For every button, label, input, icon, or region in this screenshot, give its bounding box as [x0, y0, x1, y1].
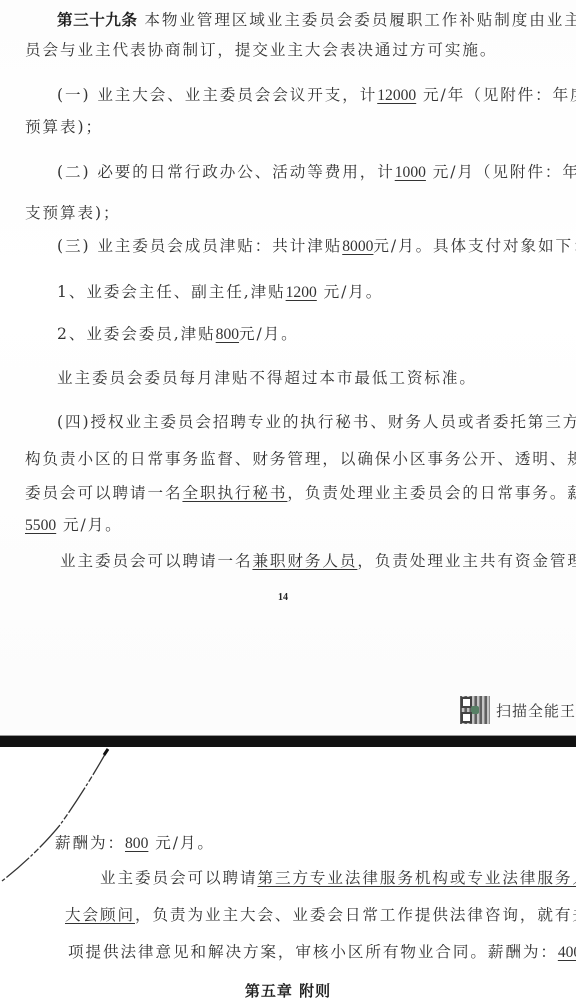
- sub-item-1-suffix: 元/月。: [317, 283, 384, 301]
- allowance-limit-note: 业主委员会委员每月津贴不得超过本市最低工资标准。: [57, 368, 477, 388]
- legal-salary-amount: 4000: [558, 944, 576, 961]
- salary-unit: 元/月。: [148, 834, 215, 852]
- secretary-salary-amount: 5500: [25, 517, 56, 534]
- legal-service-provider: 第三方专业法律服务机构或专业法律服务人士为业主: [257, 869, 576, 887]
- item-1-text: (一) 业主大会、业主委员会会议开支，计: [57, 86, 377, 104]
- sub-item-2-amount: 800: [216, 326, 239, 343]
- sub-item-1: 1、业委会主任、副主任,津贴1200 元/月。: [57, 282, 383, 303]
- salary-amount: 800: [125, 835, 148, 852]
- article-title: 第三十九条: [57, 10, 137, 29]
- legal-duties: ，负责为业主大会、业委会日常工作提供法律咨询，就有关物业管理事: [135, 906, 576, 924]
- item-3-amount: 8000: [342, 238, 373, 255]
- legal-duties-cont: 项提供法律意见和解决方案，审核小区所有物业合同。薪酬为：: [68, 943, 558, 961]
- legal-line-2: 大会顾问，负责为业主大会、业委会日常工作提供法律咨询，就有关物业管理事: [65, 905, 576, 925]
- item-1-amount: 12000: [377, 87, 416, 104]
- item-3-line: (三) 业主委员会成员津贴：共计津贴8000元/月。具体支付对象如下：: [57, 236, 576, 257]
- page-number: 14: [278, 592, 288, 603]
- item-4-line-4: 5500 元/月。: [25, 515, 123, 536]
- item-2-text: (二) 必要的日常行政办公、活动等费用，计: [57, 163, 395, 181]
- item-3-text: (三) 业主委员会成员津贴：共计津贴: [57, 237, 342, 255]
- part-time-finance-staff: 兼职财务人员: [252, 552, 357, 570]
- watermark-text: 扫描全能王: [496, 700, 576, 721]
- item-4-line-1: (四)授权业主委员会招聘专业的执行秘书、财务人员或者委托第三方财务机: [57, 412, 576, 432]
- finance-staff-text: 业主委员会可以聘请一名: [60, 552, 252, 570]
- item-4-text: 委员会可以聘请一名: [25, 484, 182, 502]
- sub-item-2-suffix: 元/月。: [239, 325, 299, 343]
- article-text: 本物业管理区域业主委员会委员履职工作补贴制度由业主委: [137, 11, 576, 29]
- legal-text: 业主委员会可以聘请: [100, 869, 257, 887]
- item-1-line-2: 预算表)；: [25, 117, 103, 137]
- item-4-line-2: 构负责小区的日常事务监督、财务管理，以确保小区事务公开、透明、规范业主: [25, 449, 576, 469]
- sub-item-1-amount: 1200: [286, 284, 317, 301]
- legal-line-1: 业主委员会可以聘请第三方专业法律服务机构或专业法律服务人士为业主: [100, 868, 576, 888]
- article-39-line-1: 第三十九条 本物业管理区域业主委员会委员履职工作补贴制度由业主委: [57, 10, 576, 30]
- item-2-amount: 1000: [395, 164, 426, 181]
- sub-item-2-text: 2、业委会委员,津贴: [57, 325, 216, 343]
- legal-line-3: 项提供法律意见和解决方案，审核小区所有物业合同。薪酬为：4000 元/月: [68, 942, 576, 963]
- pen-stroke-mark: [0, 747, 120, 887]
- chapter-heading: 第五章 附则: [0, 980, 576, 1001]
- qr-code-icon: [460, 696, 490, 724]
- scanner-watermark: 扫描全能王: [460, 695, 576, 725]
- secretary-salary-unit: 元/月。: [56, 516, 123, 534]
- salary-line: 薪酬为：800 元/月。: [55, 833, 215, 854]
- item-1-suffix: 元/年（见附件：年度收支: [416, 86, 576, 104]
- salary-label: 薪酬为：: [55, 834, 125, 852]
- document-page-top: 第三十九条 本物业管理区域业主委员会委员履职工作补贴制度由业主委 员会与业主代表…: [0, 0, 576, 736]
- sub-item-2: 2、业委会委员,津贴800元/月。: [57, 324, 299, 345]
- item-4-line-3: 委员会可以聘请一名全职执行秘书，负责处理业主委员会的日常事务。薪酬为：: [25, 483, 576, 503]
- finance-staff-line: 业主委员会可以聘请一名兼职财务人员，负责处理业主共有资金管理事务。: [60, 551, 576, 571]
- item-2-line-2: 支预算表)；: [25, 203, 120, 223]
- finance-staff-suffix: ，负责处理业主共有资金管理事务。: [357, 552, 576, 570]
- item-3-suffix: 元/月。具体支付对象如下：: [373, 237, 576, 255]
- article-39-line-2: 员会与业主代表协商制订，提交业主大会表决通过方可实施。: [25, 40, 497, 60]
- item-2-line-1: (二) 必要的日常行政办公、活动等费用，计1000 元/月（见附件：年度收: [57, 162, 576, 183]
- item-4-suffix: ，负责处理业主委员会的日常事务。薪酬为：: [287, 484, 576, 502]
- assembly-advisor: 大会顾问: [65, 906, 135, 924]
- sub-item-1-text: 1、业委会主任、副主任,津贴: [57, 283, 286, 301]
- item-2-suffix: 元/月（见附件：年度收: [426, 163, 576, 181]
- item-1-line-1: (一) 业主大会、业主委员会会议开支，计12000 元/年（见附件：年度收支: [57, 85, 576, 106]
- full-time-secretary: 全职执行秘书: [182, 484, 287, 502]
